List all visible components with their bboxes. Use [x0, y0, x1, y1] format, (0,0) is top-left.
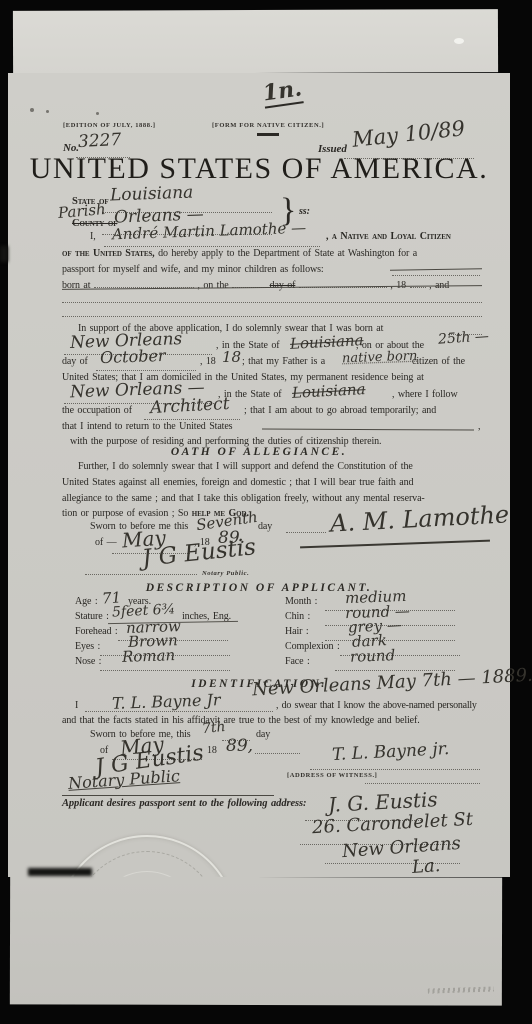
support-res-post: , where I follow	[392, 389, 458, 400]
edition-note: [EDITION OF JULY, 1888.]	[63, 122, 156, 129]
ident-sworn-day: 7th	[201, 719, 226, 737]
ident-statement: , do swear that I know the above-named p…	[276, 700, 477, 711]
desc-value-nose: Roman	[122, 646, 176, 666]
support-occ-pre: the occupation of	[62, 405, 132, 416]
dotted-line	[365, 782, 480, 784]
top-paper-strip	[13, 9, 498, 74]
intro-line2-rest: do hereby apply to the Department of Sta…	[158, 248, 417, 259]
support-occ-post: ; that I am about to go abroad temporari…	[244, 405, 436, 416]
county-label: County of	[72, 218, 117, 229]
dotted-line	[62, 315, 482, 317]
dotted-line	[392, 274, 480, 276]
support-line7-end: ,	[478, 421, 480, 432]
handwritten-page-mark: 1n.	[261, 75, 303, 108]
address-of-witness-label: [ADDRESS OF WITNESS.]	[287, 772, 377, 779]
desc-value-face: round	[350, 646, 396, 666]
support-father-post: citizen of the	[412, 356, 465, 367]
dotted-line	[104, 245, 320, 247]
support-year-printed: , 18	[200, 356, 216, 367]
address-line4: La.	[411, 855, 441, 878]
oath-line1: Further, I do solemnly swear that I will…	[78, 461, 413, 472]
ident-year-printed: 18	[207, 745, 217, 756]
desc-label: Age :	[75, 596, 98, 607]
scan-speck	[30, 108, 34, 112]
oath-line4-text: tion or purpose of evasion ; So	[62, 508, 188, 519]
address-label: Applicant desires passport sent to the f…	[62, 798, 306, 809]
scan-speck	[96, 112, 99, 115]
form-note-rule	[257, 133, 279, 136]
desc-label: Complexion :	[285, 641, 340, 652]
dotted-line	[255, 752, 300, 754]
support-dayof: day of	[62, 356, 88, 367]
father-citizenship: native born	[342, 349, 418, 367]
scan-speck	[46, 110, 49, 113]
desc-label: Stature :	[75, 611, 109, 622]
dotted-line	[85, 573, 197, 575]
dotted-line	[310, 768, 480, 770]
birth-state: Louisiana	[290, 331, 364, 353]
ident-i: I	[75, 700, 78, 711]
description-heading: DESCRIPTION OF APPLICANT.	[8, 582, 510, 594]
witness-name: T. L. Bayne Jr	[112, 690, 221, 713]
oath-notary-title: Notary Public.	[202, 570, 249, 577]
oath-heading: OATH OF ALLEGIANCE.	[8, 446, 510, 458]
intro-line2-smallcaps: of the United States,	[62, 248, 155, 259]
desc-label: Hair :	[285, 626, 309, 637]
dotted-line	[62, 301, 482, 303]
ident-sworn-day-label: day	[256, 729, 270, 740]
birth-month: October	[100, 346, 166, 367]
state-value: Louisiana	[110, 183, 194, 206]
form-note: [FORM FOR NATIVE CITIZEN.]	[212, 122, 324, 129]
desc-label: Forehead :	[75, 626, 118, 637]
scan-bright-spot	[454, 38, 464, 44]
bottom-paper-sheet	[10, 876, 502, 1005]
line4-dayof: day of	[270, 280, 296, 291]
desc-label: Eyes :	[75, 641, 100, 652]
birth-year: 18	[222, 348, 241, 366]
dotted-line	[286, 531, 326, 533]
support-father-mid: ; that my Father is a	[242, 356, 325, 367]
dotted-line	[96, 369, 196, 371]
document-title: UNITED STATES OF AMERICA.	[8, 152, 510, 186]
residence-state: Louisiana	[292, 380, 366, 402]
ident-statement2: and that the facts stated in his affidav…	[62, 715, 420, 726]
desc-label: Nose :	[75, 656, 101, 667]
oath-sworn-day-label: day	[258, 521, 272, 532]
intro-i: I,	[90, 231, 96, 242]
notary-rule	[62, 795, 274, 796]
oath-line2: United States against all enemies, forei…	[62, 477, 413, 488]
ss-label: ss:	[299, 206, 310, 217]
line4-onthe: , on the	[197, 280, 228, 291]
pencil-scribble	[428, 986, 494, 993]
ident-year: 89,	[226, 736, 253, 756]
intro-line3: passport for myself and wife, and my min…	[62, 264, 324, 275]
dotted-line	[325, 639, 455, 641]
dotted-line	[144, 418, 240, 420]
desc-label: Month :	[285, 596, 317, 607]
intro-citizen: , a Native and Loyal Citizen	[326, 231, 451, 242]
oath-line3: allegiance to the same ; and that I take…	[62, 493, 425, 504]
oath-of-label: of —	[95, 537, 117, 548]
scanned-document: 1n. [EDITION OF JULY, 1888.] [FORM FOR N…	[0, 0, 532, 1024]
support-line7: that I intend to return to the United St…	[62, 421, 232, 432]
desc-label: Chin :	[285, 611, 310, 622]
scan-artifact	[28, 868, 92, 876]
dotted-line	[100, 669, 230, 671]
occupation: Architect	[150, 394, 231, 418]
scan-artifact	[0, 246, 8, 262]
application-number: 3227	[78, 130, 122, 152]
intro-line2: of the United States, do hereby apply to…	[62, 248, 417, 259]
desc-label: Face :	[285, 656, 310, 667]
